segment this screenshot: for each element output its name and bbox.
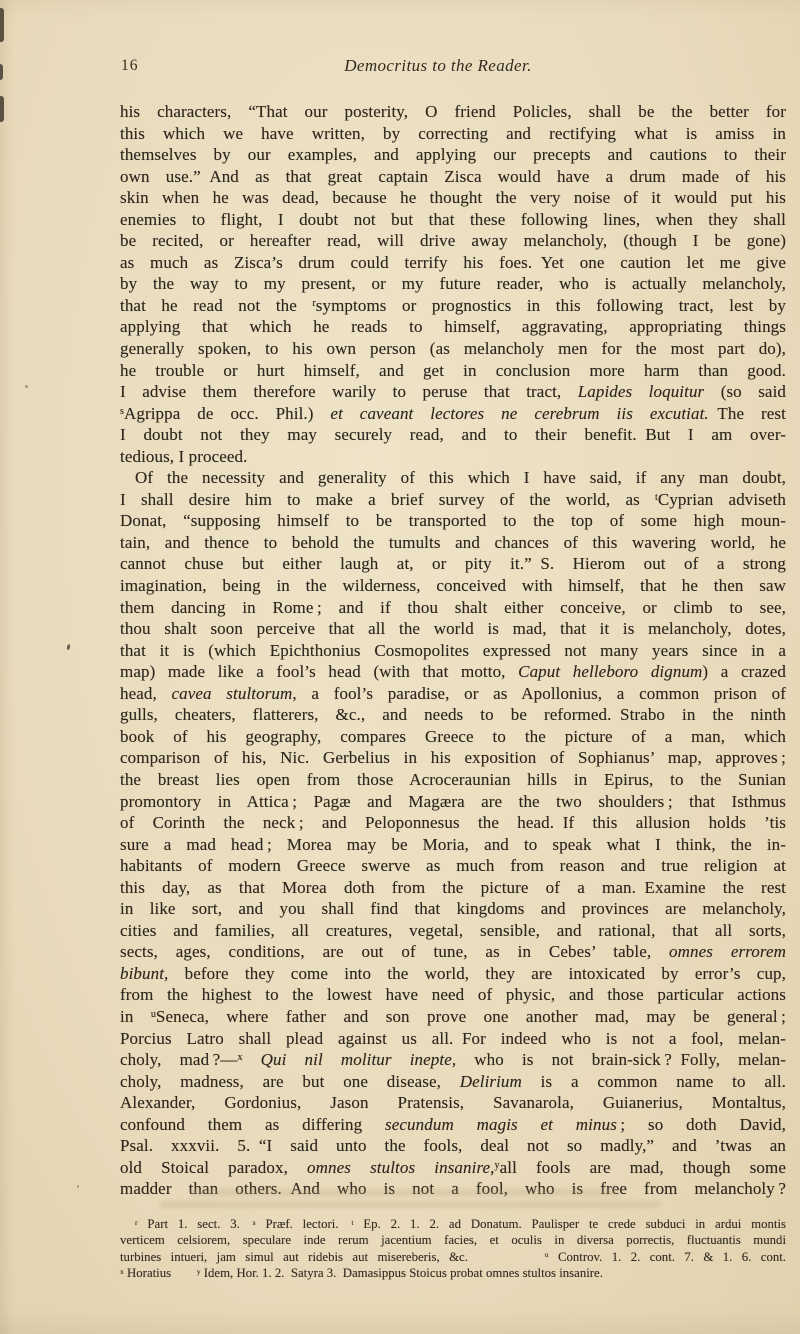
footnote-marker: t xyxy=(655,492,658,503)
body-line: generally spoken, to his own person (as … xyxy=(120,338,786,360)
body-line: themselves by our examples, and applying… xyxy=(120,144,786,166)
text-run: Seneca, where father and son prove one a… xyxy=(156,1007,786,1026)
text-run xyxy=(243,1050,261,1069)
text-run: tedious, I proceed. xyxy=(120,447,247,466)
body-line: be recited, or hereafter read, will driv… xyxy=(120,230,786,252)
body-line: this which we have written, by correctin… xyxy=(120,123,786,145)
body-line: Donat, “supposing himself to be transpor… xyxy=(120,510,786,532)
text-run: sure a mad head ; Morea may be Moria, an… xyxy=(120,835,786,854)
text-run: he trouble or hurt himself, and get in c… xyxy=(120,361,786,380)
text-run: habitants of modern Greece swerve as muc… xyxy=(120,856,786,875)
footnote-marker: r xyxy=(135,1218,138,1227)
body-line: book of his geography, compares Greece t… xyxy=(120,726,786,748)
italic-run: cavea stultorum xyxy=(172,684,293,703)
show-through-smudge xyxy=(160,1201,660,1208)
body-line: promontory in Attica ; Pagæ and Magæra a… xyxy=(120,791,786,813)
running-title: Democritus to the Reader. xyxy=(120,56,786,76)
text-run: all fools are mad, though some xyxy=(500,1158,786,1177)
text-run: The rest xyxy=(709,404,786,423)
body-line: the breast lies open from those Acrocera… xyxy=(120,769,786,791)
body-line: Porcius Latro shall plead against us all… xyxy=(120,1028,786,1050)
text-run: turbines intueri, jam simul aut ridebis … xyxy=(120,1250,545,1264)
body-line: tedious, I proceed. xyxy=(120,446,786,468)
body-line: cities and families, all creatures, vege… xyxy=(120,920,786,942)
text-run: sects, ages, conditions, are out of tune… xyxy=(120,942,669,961)
body-line: choly, mad ?—x Qui nil molitur inepte, w… xyxy=(120,1049,786,1071)
text-run: that it is (which Epichthonius Cosmopoli… xyxy=(120,641,786,660)
text-run: symptoms or prognostics in this followin… xyxy=(316,296,786,315)
text-run: promontory in Attica ; Pagæ and Magæra a… xyxy=(120,792,786,811)
text-run: map) made like a fool’s head (with that … xyxy=(120,662,518,681)
italic-run: bibunt, xyxy=(120,964,168,983)
paper-speck xyxy=(66,644,70,651)
show-through-smudge xyxy=(190,1189,620,1196)
text-run: Agrippa de occ. Phil.) xyxy=(124,404,330,423)
text-run: cities and families, all creatures, vege… xyxy=(120,921,786,940)
footnote-line: verticem celsiorem, speculare inde rerum… xyxy=(120,1232,786,1248)
text-run: this which we have written, by correctin… xyxy=(120,124,786,143)
body-line: this day, as that Morea doth from the pi… xyxy=(120,877,786,899)
text-run: ; so doth David, xyxy=(617,1115,786,1134)
scan-edge-mark xyxy=(0,96,4,122)
text-run: them dancing in Rome ; and if thou shalt… xyxy=(120,598,786,617)
text-run: comparison of his, Nic. Gerbelius in his… xyxy=(120,748,786,767)
text-run: Controv. 1. 2. cont. 7. & 1. 6. cont. xyxy=(549,1250,786,1264)
text-run: head, xyxy=(120,684,172,703)
italic-run: et caveant lectores ne cerebrum iis excu… xyxy=(330,404,708,423)
body-line: them dancing in Rome ; and if thou shalt… xyxy=(120,597,786,619)
text-run: who is not brain-sick ? Folly, melan- xyxy=(456,1050,786,1069)
text-run: ) a crazed xyxy=(702,662,786,681)
text-run: enemies to flight, I doubt not but that … xyxy=(120,210,786,229)
italic-run: Qui nil molitur inepte, xyxy=(261,1050,457,1069)
footnote-marker: y xyxy=(197,1267,201,1276)
body-line: tain, and thence to behold the tumults a… xyxy=(120,532,786,554)
italic-run: secundum magis et minus xyxy=(385,1115,617,1134)
text-run: choly, mad ?— xyxy=(120,1050,237,1069)
body-line: habitants of modern Greece swerve as muc… xyxy=(120,855,786,877)
text-run: Of the necessity and generality of this … xyxy=(135,468,786,487)
text-run: cannot chuse but either laugh at, or pit… xyxy=(120,554,786,573)
body-line: old Stoical paradox, omnes stultos insan… xyxy=(120,1157,786,1179)
text-run: be recited, or hereafter read, will driv… xyxy=(120,231,786,250)
footnote-marker: x xyxy=(120,1267,124,1276)
text-run: Part 1. sect. 3. xyxy=(138,1217,253,1231)
text-run: Horatius xyxy=(124,1266,197,1280)
text-run: applying that which he reads to himself,… xyxy=(120,317,786,336)
body-line: he trouble or hurt himself, and get in c… xyxy=(120,360,786,382)
body-line: that it is (which Epichthonius Cosmopoli… xyxy=(120,640,786,662)
page-header: 16 Democritus to the Reader. xyxy=(120,56,786,82)
footnote-marker: u xyxy=(545,1250,549,1259)
text-run: book of his geography, compares Greece t… xyxy=(120,727,786,746)
body-line: Of the necessity and generality of this … xyxy=(120,467,786,489)
body-line: I doubt not they may securely read, and … xyxy=(120,424,786,446)
text-run: in xyxy=(120,1007,151,1026)
text-run: in like sort, and you shall find that ki… xyxy=(120,899,786,918)
text-run: old Stoical paradox, xyxy=(120,1158,307,1177)
text-run: Cyprian adviseth xyxy=(658,490,786,509)
text-run: imagination, being in the wilderness, co… xyxy=(120,576,786,595)
text-run: by the way to my present, or my future r… xyxy=(120,274,786,293)
page-number: 16 xyxy=(121,57,139,75)
text-run: gulls, cheaters, flatterers, &c., and ne… xyxy=(120,705,786,724)
body-line: imagination, being in the wilderness, co… xyxy=(120,575,786,597)
footnote-marker: r xyxy=(312,298,315,309)
text-run: that he read not the xyxy=(120,296,312,315)
footnote-line: turbines intueri, jam simul aut ridebis … xyxy=(120,1249,786,1265)
text-run: thou shalt soon perceive that all the wo… xyxy=(120,619,786,638)
body-line: from the highest to the lowest have need… xyxy=(120,984,786,1006)
body-line: enemies to flight, I doubt not but that … xyxy=(120,209,786,231)
text-run: Porcius Latro shall plead against us all… xyxy=(120,1029,786,1048)
body-line: head, cavea stultorum, a fool’s paradise… xyxy=(120,683,786,705)
footnotes: r Part 1. sect. 3. s Præf. lectori. t Ep… xyxy=(120,1216,786,1282)
italic-run: omnes errorem xyxy=(669,942,786,961)
body-line: confound them as differing secundum magi… xyxy=(120,1114,786,1136)
text-run: (so said xyxy=(704,382,786,401)
body-line: cannot chuse but either laugh at, or pit… xyxy=(120,553,786,575)
body-line: I advise them therefore warily to peruse… xyxy=(120,381,786,403)
footnote-line: x Horatius y Idem, Hor. 1. 2. Satyra 3. … xyxy=(120,1265,786,1281)
body-line: in uSeneca, where father and son prove o… xyxy=(120,1006,786,1028)
paper-speck xyxy=(25,385,28,388)
text-run: is a common name to all. xyxy=(522,1072,786,1091)
text-run: I advise them therefore warily to peruse… xyxy=(120,382,578,401)
body-line: of Corinth the neck ; and Peloponnesus t… xyxy=(120,812,786,834)
body-line: Psal. xxxvii. 5. “I said unto the fools,… xyxy=(120,1135,786,1157)
body-text: his characters, “That our posterity, O f… xyxy=(120,101,786,1200)
footnote-marker: t xyxy=(351,1218,353,1227)
text-run: Donat, “supposing himself to be transpor… xyxy=(120,511,786,530)
text-run: Idem, Hor. 1. 2. Satyra 3. Damasippus St… xyxy=(201,1266,603,1280)
text-run: I shall desire him to make a brief surve… xyxy=(120,490,655,509)
scan-edge-mark xyxy=(0,64,3,80)
body-line: gulls, cheaters, flatterers, &c., and ne… xyxy=(120,704,786,726)
footnote-marker: u xyxy=(151,1009,156,1020)
italic-run: omnes stultos insanire, xyxy=(307,1158,494,1177)
text-run: I doubt not they may securely read, and … xyxy=(120,425,786,444)
body-line: own use.” And as that great captain Zisc… xyxy=(120,166,786,188)
text-run: skin when he was dead, because he though… xyxy=(120,188,786,207)
text-run: , a fool’s paradise, or as Apollonius, a… xyxy=(292,684,786,703)
footnote-marker: s xyxy=(120,406,124,417)
body-line: sAgrippa de occ. Phil.) et caveant lecto… xyxy=(120,403,786,425)
text-run: themselves by our examples, and applying… xyxy=(120,145,786,164)
text-run: Præf. lectori. xyxy=(256,1217,352,1231)
text-run: Ep. 2. 1. 2. ad Donatum. Paulisper te cr… xyxy=(354,1217,786,1231)
text-run: his characters, “That our posterity, O f… xyxy=(120,102,786,121)
text-run: confound them as differing xyxy=(120,1115,385,1134)
text-run: tain, and thence to behold the tumults a… xyxy=(120,533,786,552)
footnote-marker: s xyxy=(253,1218,256,1227)
body-line: applying that which he reads to himself,… xyxy=(120,316,786,338)
body-line: comparison of his, Nic. Gerbelius in his… xyxy=(120,747,786,769)
body-line: by the way to my present, or my future r… xyxy=(120,273,786,295)
text-run: this day, as that Morea doth from the pi… xyxy=(120,878,786,897)
body-line: his characters, “That our posterity, O f… xyxy=(120,101,786,123)
footnote-marker: y xyxy=(495,1160,500,1171)
body-line: thou shalt soon perceive that all the wo… xyxy=(120,618,786,640)
text-run: generally spoken, to his own person (as … xyxy=(120,339,786,358)
footnote-line: r Part 1. sect. 3. s Præf. lectori. t Ep… xyxy=(120,1216,786,1232)
body-line: bibunt, before they come into the world,… xyxy=(120,963,786,985)
body-line: sure a mad head ; Morea may be Moria, an… xyxy=(120,834,786,856)
body-line: that he read not the rsymptoms or progno… xyxy=(120,295,786,317)
footnote-marker: x xyxy=(237,1052,242,1063)
text-run: the breast lies open from those Acrocera… xyxy=(120,770,786,789)
scan-edge-mark xyxy=(0,8,4,42)
body-line: sects, ages, conditions, are out of tune… xyxy=(120,941,786,963)
text-run: own use.” And as that great captain Zisc… xyxy=(120,167,786,186)
body-line: Alexander, Gordonius, Jason Pratensis, S… xyxy=(120,1092,786,1114)
text-run: before they come into the world, they ar… xyxy=(168,964,786,983)
text-run: choly, madness, are but one disease, xyxy=(120,1072,460,1091)
italic-run: Caput helleboro dignum xyxy=(518,662,702,681)
body-line: I shall desire him to make a brief surve… xyxy=(120,489,786,511)
italic-run: Delirium xyxy=(460,1072,522,1091)
text-run: verticem celsiorem, speculare inde rerum… xyxy=(120,1233,786,1247)
paper-speck xyxy=(77,1185,79,1188)
body-line: as much as Zisca’s drum could terrify hi… xyxy=(120,252,786,274)
text-run: as much as Zisca’s drum could terrify hi… xyxy=(120,253,786,272)
body-line: choly, madness, are but one disease, Del… xyxy=(120,1071,786,1093)
text-run: from the highest to the lowest have need… xyxy=(120,985,786,1004)
body-line: map) made like a fool’s head (with that … xyxy=(120,661,786,683)
text-run: of Corinth the neck ; and Peloponnesus t… xyxy=(120,813,786,832)
body-line: skin when he was dead, because he though… xyxy=(120,187,786,209)
text-run: Alexander, Gordonius, Jason Pratensis, S… xyxy=(120,1093,786,1112)
text-run: Psal. xxxvii. 5. “I said unto the fools,… xyxy=(120,1136,786,1155)
body-line: in like sort, and you shall find that ki… xyxy=(120,898,786,920)
italic-run: Lapides loquitur xyxy=(578,382,705,401)
book-page: 16 Democritus to the Reader. his charact… xyxy=(0,0,800,1334)
